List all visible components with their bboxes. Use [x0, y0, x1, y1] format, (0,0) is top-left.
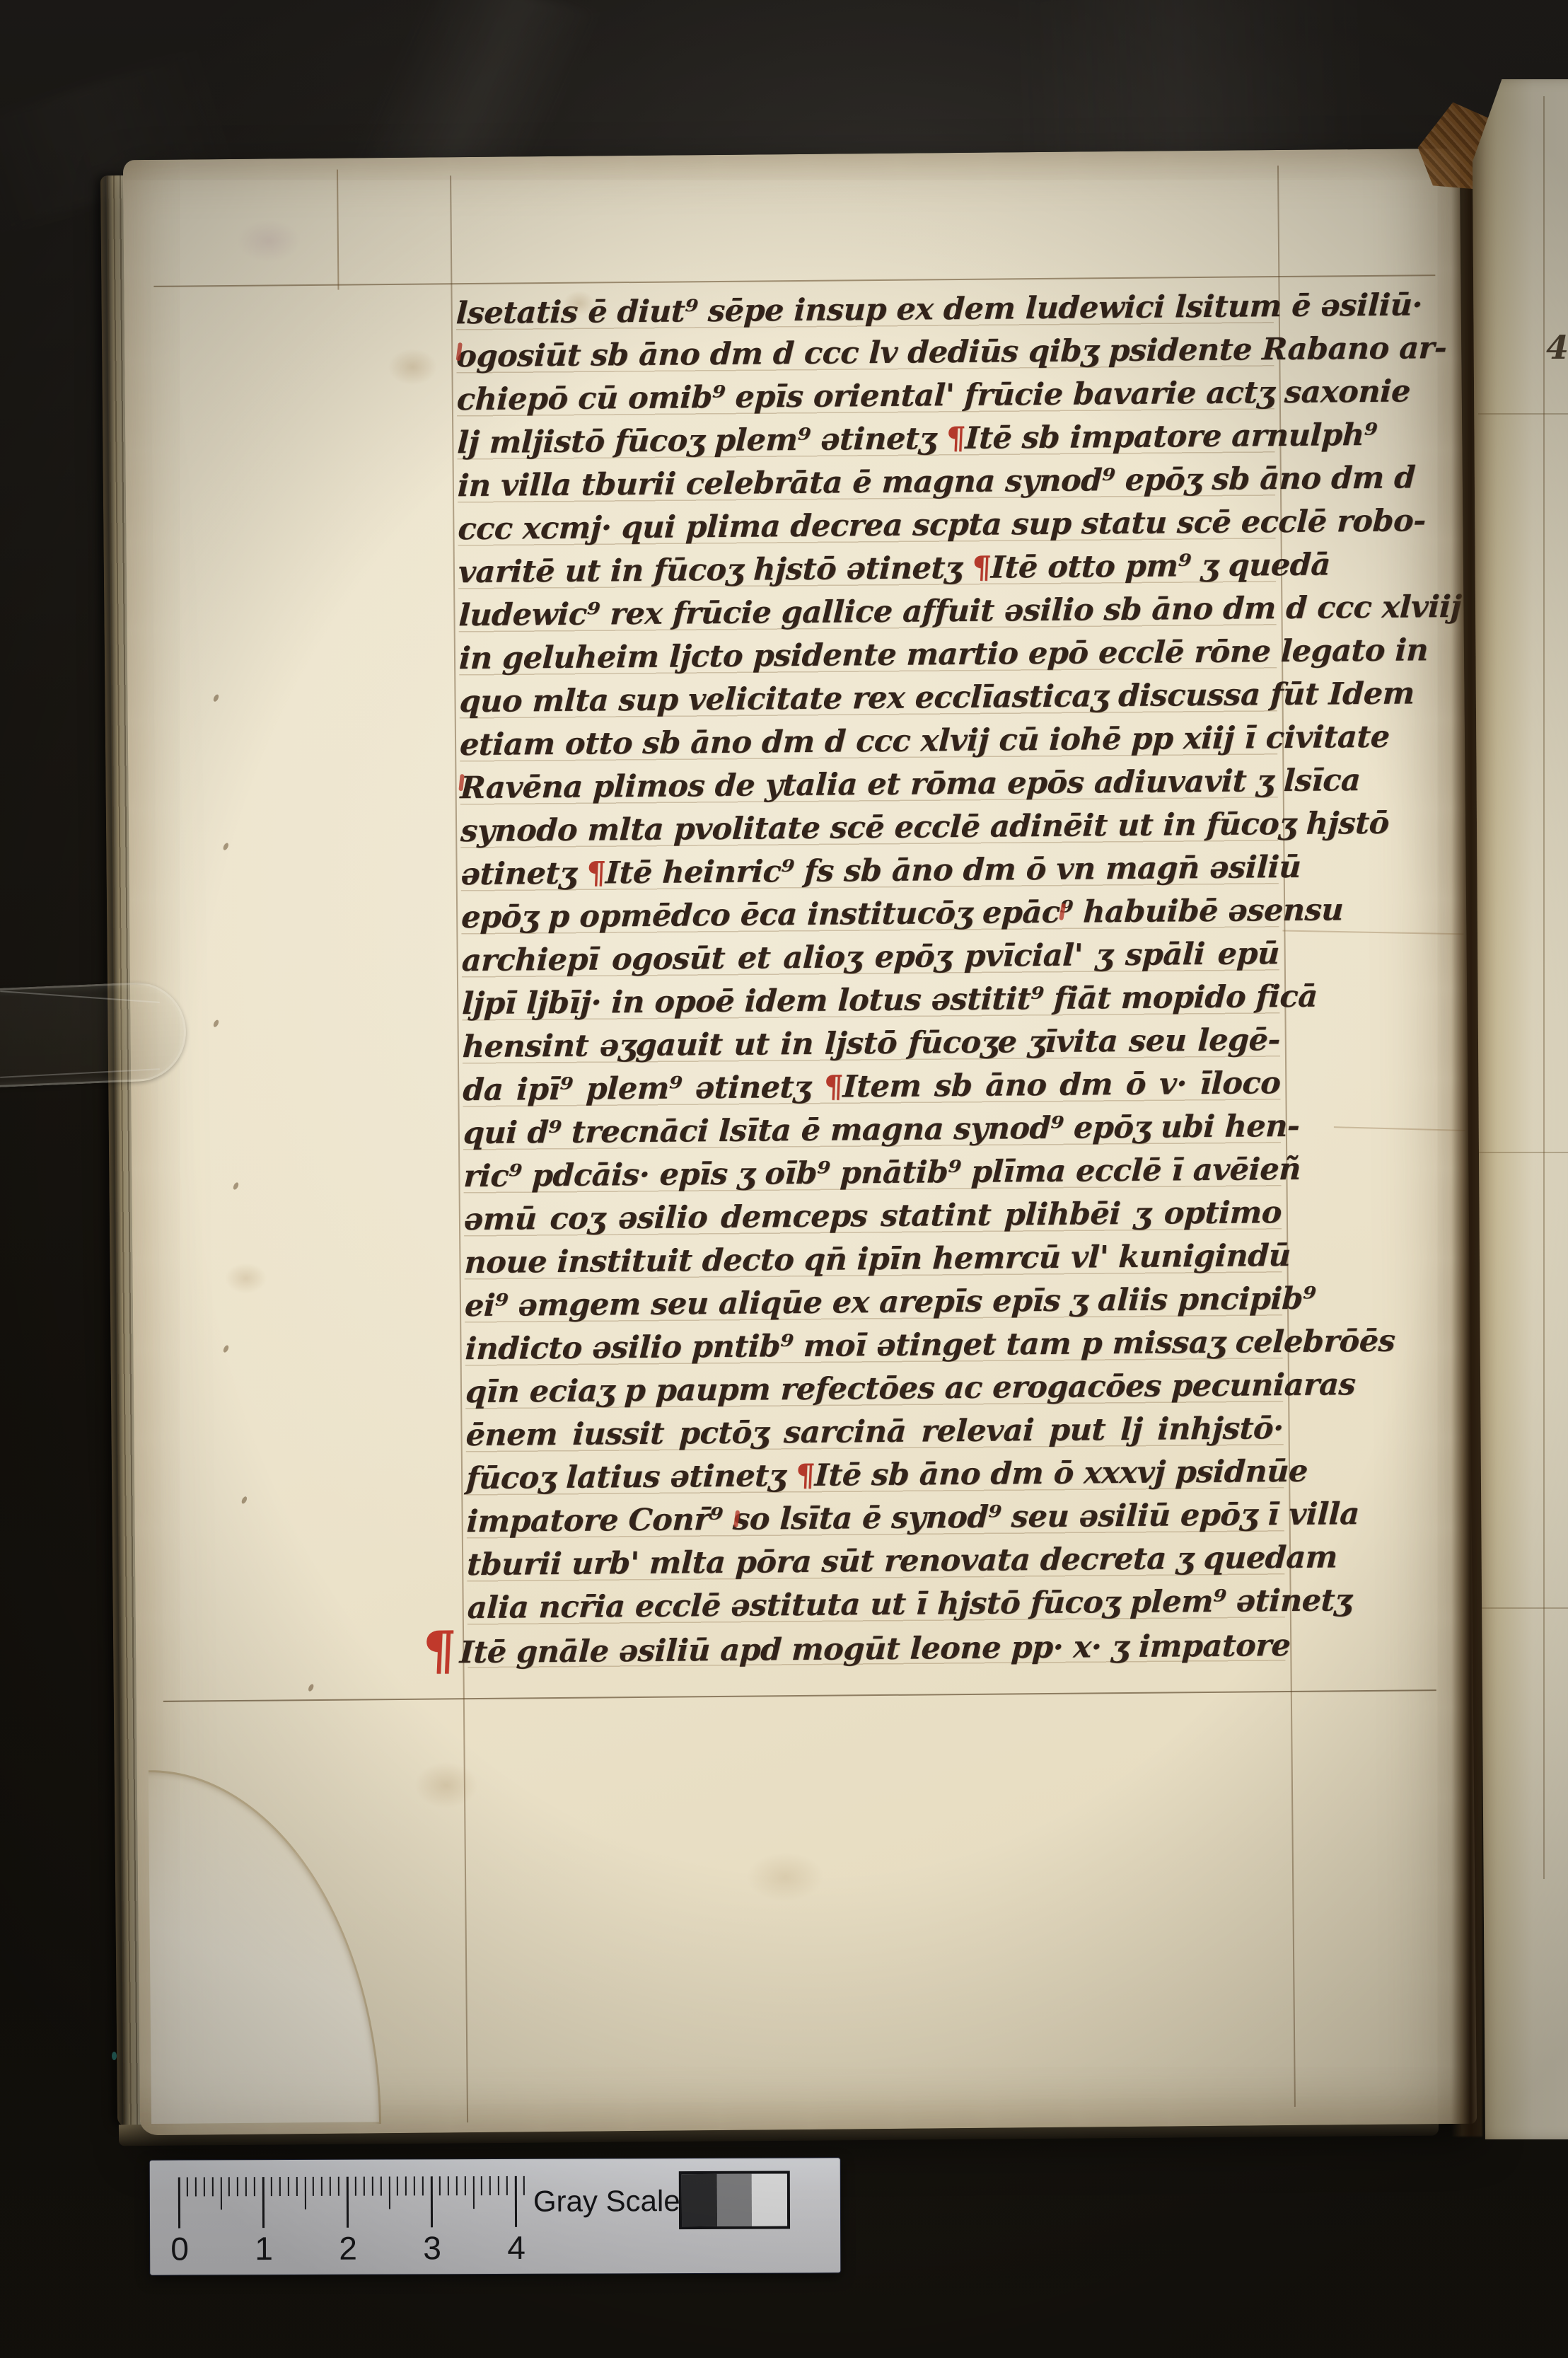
manuscript-line: synodo mlta pvolitate scē ecclē adinēit …	[460, 804, 1279, 854]
ruler-tick	[279, 2177, 281, 2196]
manuscript-line: fūcoʒ latius ətinetʒ ¶Itē sb āno dm ō xx…	[465, 1451, 1285, 1501]
ruler-tick	[254, 2177, 255, 2196]
ruler-ticks	[178, 2176, 560, 2231]
manuscript-line: noue instituit decto qn̄ ipīn hemrcū vl'…	[463, 1235, 1283, 1285]
manuscript-line: in geluheim ljcto psidente martio epō ec…	[458, 631, 1278, 681]
manuscript-text: synodo mlta pvolitate scē ecclē adinēit …	[460, 806, 1390, 849]
ruler-number: 0	[165, 2229, 194, 2267]
ruler-tick	[380, 2177, 381, 2196]
speck	[222, 1344, 229, 1353]
ruler-tick	[355, 2177, 356, 2196]
manuscript-line: ljpī ljbīj· in opoē idem lotus əstitit⁹ …	[461, 976, 1281, 1027]
manuscript-text: quo mlta sup velicitate rex ecclīasticaʒ…	[459, 676, 1415, 719]
manuscript-line: ludewic⁹ rex frūcie gallice affuit əsili…	[458, 588, 1277, 638]
ruler-tick	[330, 2177, 331, 2196]
speck	[232, 1181, 239, 1191]
manuscript-text: epōʒ p opmēdco ēca institucōʒ epāc⁹ habu…	[460, 892, 1344, 935]
manuscript-line: alia ncr̄ia ecclē əstituta ut ī hjstō fū…	[466, 1580, 1286, 1631]
manuscript-text: ric⁹ pdcāis· epīs ʒ oīb⁹ pnātib⁹ plīma e…	[463, 1152, 1301, 1194]
ruler-tick	[506, 2176, 508, 2195]
manuscript-line: varitē ut in fūcoʒ hjstō ətinetʒ ¶Itē ot…	[458, 545, 1277, 595]
ruler-tick	[287, 2177, 289, 2196]
ruler-tick	[422, 2176, 424, 2195]
manuscript-line: etiam otto sb āno dm d ccc xlvij cū iohē…	[459, 717, 1279, 768]
speck	[222, 842, 229, 851]
ruling-line-bottom	[163, 1689, 1436, 1702]
manuscript-line: epōʒ p opmēdco ēca institucōʒ epāc⁹ habu…	[460, 890, 1280, 940]
manuscript-text: archiepī ogosūt et alioʒ epōʒ pvīcial' ʒ…	[461, 936, 1280, 978]
rubric-pilcrow: ¶	[586, 855, 606, 891]
manuscript-text: Itē gnāle əsiliū apd mogūt leone pp· x· …	[459, 1628, 1291, 1670]
ruler-tick	[245, 2177, 247, 2196]
ruler-tick	[515, 2176, 517, 2227]
manuscript-line: impatore Conr̄⁹ so lsīta ē synod⁹ seu əs…	[465, 1494, 1285, 1544]
manuscript-text: varitē ut in fūcoʒ hjstō ətinetʒ	[458, 550, 972, 590]
manuscript-line: qīn eciaʒ p paupm refectōes ac erogacōes…	[465, 1365, 1284, 1415]
text-block: lsetatis ē diut⁹ sēpe insup ex dem ludew…	[456, 286, 1286, 1674]
ruler-tick	[211, 2177, 213, 2196]
manuscript-text: lj mljistō fūcoʒ plem⁹ ətinetʒ	[456, 421, 946, 461]
manuscript-text: əmū coʒ əsilio demceps statint plihbēi ʒ…	[463, 1195, 1282, 1237]
rubric-pilcrow: ¶	[971, 550, 992, 586]
manuscript-text: hensint əʒgauit ut in ljstō fūcoʒe ʒīvit…	[462, 1022, 1281, 1065]
stain	[746, 1852, 825, 1902]
manuscript-text: ogosiūt sb āno dm d ccc lv dediūs qibʒ p…	[455, 330, 1447, 374]
ruler-tick	[178, 2178, 180, 2229]
speck	[308, 1683, 315, 1692]
manuscript-text: ludewic⁹ rex frūcie gallice affuit əsili…	[458, 589, 1462, 633]
manuscript-text: impatore Conr̄⁹ so lsīta ē synod⁹ seu əs…	[466, 1496, 1360, 1539]
ruler-tick	[313, 2177, 314, 2196]
ruler-tick	[228, 2177, 230, 2196]
manuscript-text: etiam otto sb āno dm d ccc xlvij cū iohē…	[459, 719, 1390, 763]
manuscript-text: ljpī ljbīj· in opoē idem lotus əstitit⁹ …	[461, 979, 1318, 1022]
ruler-tick	[414, 2176, 415, 2195]
manuscript-text: qui d⁹ trecnāci lsīta ē magna synod⁹ epō…	[463, 1109, 1301, 1151]
manuscript-line: qui d⁹ trecnāci lsīta ē magna synod⁹ epō…	[463, 1106, 1282, 1156]
ruler-tick	[271, 2177, 272, 2196]
ruler-number: 1	[250, 2229, 278, 2267]
stain	[414, 1762, 479, 1809]
facing-page-ruling	[1543, 96, 1545, 1879]
ruler-tick	[203, 2177, 204, 2196]
ruler-tick	[364, 2177, 365, 2196]
manuscript-line: quo mlta sup velicitate rex ecclīasticaʒ…	[458, 674, 1278, 724]
ruler-tick	[195, 2177, 197, 2196]
manuscript-text: qīn eciaʒ p paupm refectōes ac erogacōes…	[465, 1367, 1356, 1410]
manuscript-text: da ipī⁹ plem⁹ ətinetʒ	[462, 1070, 825, 1108]
rubric-pilcrow: ¶	[422, 1636, 456, 1665]
ruler-tick	[347, 2177, 349, 2228]
gray-patch	[682, 2174, 717, 2226]
ruler-tick	[405, 2176, 407, 2195]
gray-scale-label: Gray Scale	[533, 2184, 675, 2219]
ruler-tick	[455, 2176, 457, 2195]
ruler-tick	[439, 2176, 441, 2195]
manuscript-line: lj mljistō fūcoʒ plem⁹ ətinetʒ ¶Itē sb i…	[456, 415, 1276, 466]
facing-page-ruling	[1478, 1607, 1568, 1609]
manuscript-text: alia ncr̄ia ecclē əstituta ut ī hjstō fū…	[467, 1583, 1352, 1626]
ruler-tick	[304, 2177, 306, 2209]
ruler-number: 3	[418, 2229, 446, 2267]
manuscript-text: in geluheim ljcto psidente martio epō ec…	[458, 632, 1429, 676]
ruler-tick	[448, 2176, 449, 2195]
manuscript-line: lsetatis ē diut⁹ sēpe insup ex dem ludew…	[455, 286, 1274, 336]
speck	[212, 693, 219, 703]
facing-page-ruling	[1478, 413, 1568, 415]
manuscript-text: in villa tburii celebrāta ē magna synod⁹…	[457, 460, 1416, 504]
manuscript-text: fūcoʒ latius ətinetʒ	[465, 1458, 796, 1496]
manuscript-line: ¶Itē gnāle əsiliū apd mogūt leone pp· x·…	[467, 1624, 1287, 1674]
edge-fiber-speck	[112, 2052, 117, 2060]
manuscript-text: lsetatis ē diut⁹ sēpe insup ex dem ludew…	[455, 287, 1423, 331]
manuscript-page: lsetatis ē diut⁹ sēpe insup ex dem ludew…	[123, 149, 1477, 2135]
ruler-tick	[464, 2176, 465, 2195]
manuscript-line: da ipī⁹ plem⁹ ətinetʒ ¶Item sb āno dm ō …	[462, 1063, 1282, 1113]
manuscript-text: indicto əsilio pntib⁹ moī ətinget tam p …	[465, 1324, 1396, 1367]
ruler-tick	[523, 2176, 525, 2195]
stain	[388, 348, 437, 386]
corner-fold-crease	[149, 1768, 381, 2126]
manuscript-text: Ravēna plimos de ytalia et rōma epōs adi…	[460, 763, 1361, 806]
manuscript-text: ətinetʒ	[460, 856, 588, 893]
ruler-tick	[472, 2176, 474, 2209]
stain	[237, 219, 301, 262]
manuscript-text: Itē heinric⁹ fs sb āno dm ō vn magn̄ əsi…	[605, 850, 1301, 891]
ruler-tick	[481, 2176, 482, 2195]
manuscript-line: tburii urb' mlta pōra sūt renovata decre…	[466, 1537, 1286, 1588]
manuscript-text: Itē otto pm⁹ ʒ quedā	[990, 547, 1331, 585]
ruler-tick	[338, 2177, 339, 2196]
manuscript-text: Itē sb āno dm ō xxxvj psidnūe	[814, 1454, 1308, 1493]
manuscript-line: ēnem iussit pctōʒ sarcinā relevai put lj…	[465, 1408, 1284, 1458]
rubric-pilcrow: ¶	[823, 1069, 844, 1104]
ruler-tick	[371, 2177, 373, 2196]
ruler-tick	[498, 2176, 499, 2195]
manuscript-line: əmū coʒ əsilio demceps statint plihbēi ʒ…	[463, 1192, 1283, 1242]
ruler-tick	[262, 2177, 265, 2228]
ruler-tick	[237, 2177, 238, 2196]
manuscript-line: ei⁹ əmgem seu aliqūe ex arepīs epīs ʒ al…	[464, 1278, 1284, 1329]
manuscript-line: ccc xcmj· qui plima decrea scpta sup sta…	[457, 502, 1277, 552]
manuscript-line: ogosiūt sb āno dm d ccc lv dediūs qibʒ p…	[455, 329, 1275, 379]
manuscript-line: indicto əsilio pntib⁹ moī ətinget tam p …	[464, 1322, 1284, 1372]
ruler-tick	[397, 2176, 398, 2195]
manuscript-line: Ravēna plimos de ytalia et rōma epōs adi…	[459, 761, 1279, 811]
manuscript-line: archiepī ogosūt et alioʒ epōʒ pvīcial' ʒ…	[460, 933, 1280, 983]
gray-patch	[716, 2174, 752, 2226]
ruler-tick	[489, 2176, 491, 2195]
ruler-tick	[388, 2177, 390, 2209]
manuscript-line: ric⁹ pdcāis· epīs ʒ oīb⁹ pnātib⁹ plīma e…	[463, 1149, 1282, 1199]
manuscript-text: chiepō cū omib⁹ epīs oriental' frūcie ba…	[456, 374, 1411, 417]
ruler-tick	[431, 2176, 433, 2227]
gray-scale-patches	[679, 2171, 790, 2230]
manuscript-text: Itē sb impatore arnulph⁹	[964, 417, 1378, 456]
manuscript-line: in villa tburii celebrāta ē magna synod⁹…	[457, 458, 1277, 509]
ruler-tick	[321, 2177, 323, 2196]
manuscript-text: Item sb āno dm ō v· īloco	[842, 1065, 1282, 1104]
gray-scale-ruler-card: Gray Scale 01234	[150, 2158, 841, 2275]
ruler-tick	[220, 2177, 221, 2209]
manuscript-text: tburii urb' mlta pōra sūt renovata decre…	[466, 1539, 1338, 1583]
stain	[224, 1263, 267, 1295]
ruler-tick	[296, 2177, 297, 2196]
crease	[1282, 930, 1463, 935]
rubric-pilcrow: ¶	[795, 1458, 815, 1493]
manuscript-text: noue instituit decto qn̄ ipīn hemrcū vl'…	[463, 1238, 1291, 1281]
ruler-number: 2	[334, 2229, 362, 2267]
ruler-tick	[187, 2178, 188, 2197]
manuscript-text: ei⁹ əmgem seu aliqūe ex arepīs epīs ʒ al…	[464, 1281, 1316, 1324]
transparent-page-holder-clip	[0, 981, 188, 1088]
speck	[240, 1496, 248, 1505]
manuscript-text: ēnem iussit pctōʒ sarcinā relevai put lj…	[465, 1411, 1284, 1453]
facing-page-ruling	[1478, 1152, 1568, 1153]
ruling-line-top	[153, 274, 1435, 287]
rubric-pilcrow: ¶	[946, 421, 966, 456]
ruler-number: 4	[502, 2229, 530, 2267]
speck	[212, 1019, 219, 1028]
manuscript-line: chiepō cū omib⁹ epīs oriental' frūcie ba…	[456, 372, 1276, 422]
parchment-crack	[337, 170, 339, 290]
manuscript-line: ətinetʒ ¶Itē heinric⁹ fs sb āno dm ō vn …	[460, 847, 1279, 897]
manuscript-line: hensint əʒgauit ut in ljstō fūcoʒe ʒīvit…	[461, 1019, 1281, 1070]
gray-patch	[752, 2174, 787, 2226]
folio-number: 4	[1546, 328, 1568, 366]
facing-page-sliver: 4	[1473, 79, 1568, 2139]
crease	[1334, 1126, 1465, 1131]
